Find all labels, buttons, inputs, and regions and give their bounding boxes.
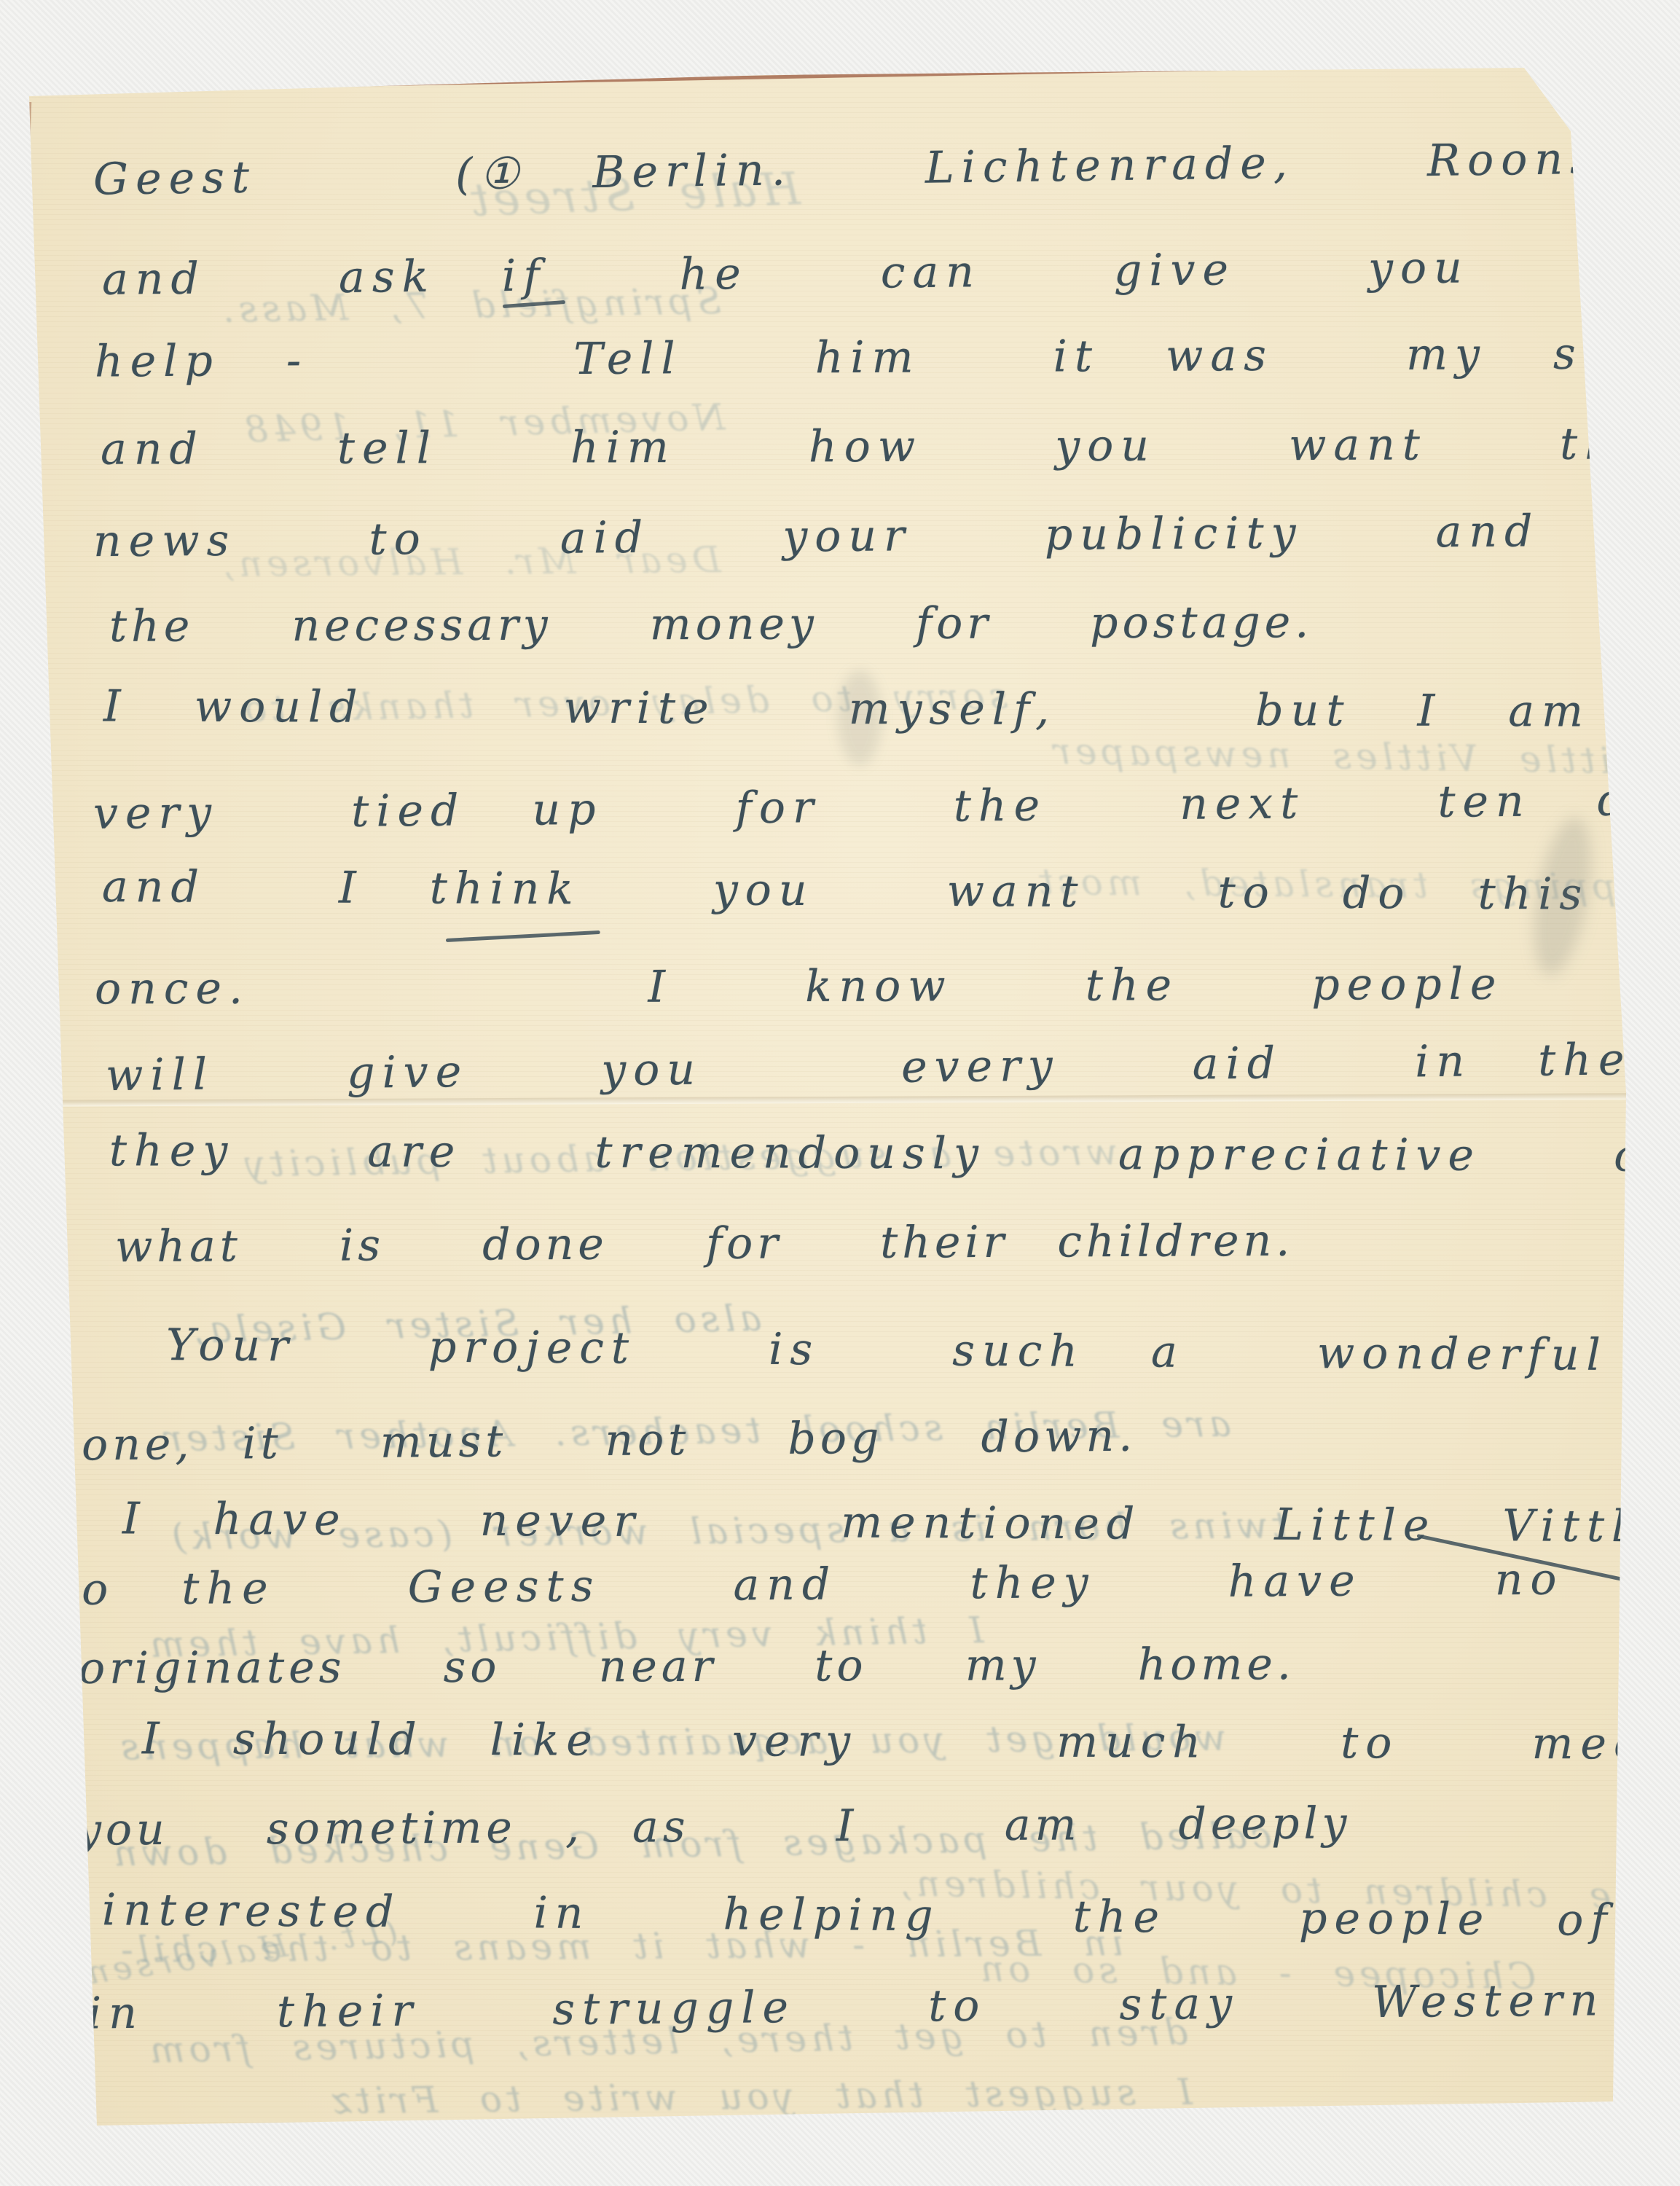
letter-line: you sometime , as I am deeply bbox=[76, 1798, 1351, 1855]
letter-line: I would write myself, but I am bbox=[103, 681, 1590, 737]
paper-sheet: Hale Street Springfield 7, Mass. Novembe… bbox=[0, 0, 1680, 2186]
letter-line: originates so near to my home. bbox=[79, 1639, 1295, 1694]
scanned-letter-page: { "document": { "kind": "handwritten let… bbox=[0, 0, 1680, 2186]
letter-line: the necessary money for postage. bbox=[109, 597, 1314, 652]
letter-line: will give you every aid in their power. bbox=[106, 1031, 1680, 1101]
paper-left-edge bbox=[25, 102, 32, 197]
letter-line: and I think you want to do this at bbox=[102, 861, 1680, 921]
letter-line: one, it must not bog down. bbox=[82, 1411, 1137, 1471]
letter-line: very tied up for the next ten days, bbox=[93, 774, 1680, 839]
letter-line: news to aid your publicity and secure bbox=[93, 504, 1680, 567]
letter-line: and ask if he can give you any such bbox=[102, 238, 1680, 305]
ink-underline-think bbox=[446, 931, 600, 942]
letter-line: help - Tell him it was my suggestion, bbox=[95, 327, 1680, 388]
letter-line: and tell him how you want this bbox=[101, 418, 1671, 475]
letter-line: once. I know the people in Berlin bbox=[95, 957, 1680, 1015]
letter-line: in their struggle to stay Western and bbox=[87, 1973, 1680, 2039]
letter-line: Geest (① Berlin. Lichtenrade, Roonstr. 2… bbox=[93, 130, 1680, 205]
letter-line: to the Geests and they have no idea it bbox=[57, 1551, 1680, 1615]
letter-line: what is done for their children. bbox=[115, 1215, 1295, 1272]
ghost-line: I suggest that you write to Fritz bbox=[328, 2071, 1193, 2122]
letter-line: they are tremendously appreciative of bbox=[109, 1125, 1671, 1181]
paper-top-edge bbox=[29, 61, 1527, 93]
letter-line: I should like very much to meet bbox=[142, 1713, 1672, 1769]
letter-line: Your project is such a wonderful bbox=[166, 1320, 1608, 1381]
